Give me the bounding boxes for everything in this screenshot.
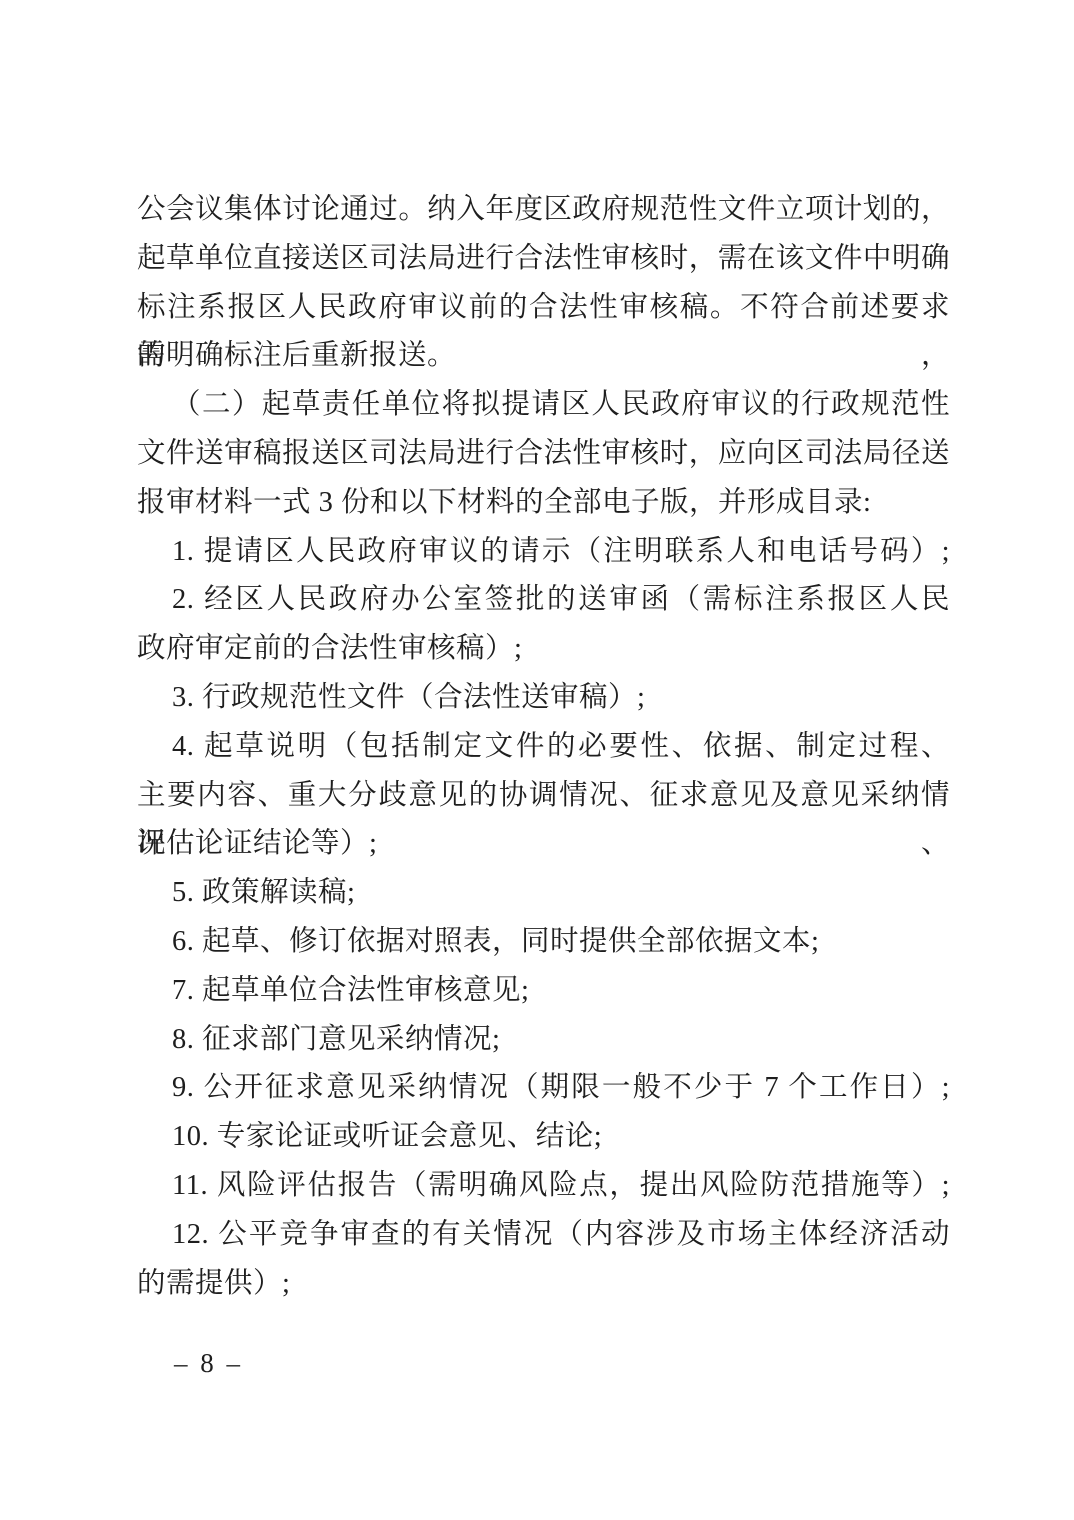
list-item-7: 7. 起草单位合法性审核意见; bbox=[137, 967, 950, 1016]
list-item-3: 3. 行政规范性文件（合法性送审稿）; bbox=[137, 674, 950, 723]
text-line: 文件送审稿报送区司法局进行合法性审核时，应向区司法局径送 bbox=[137, 430, 950, 479]
list-item-11: 11. 风险评估报告（需明确风险点，提出风险防范措施等）; bbox=[137, 1162, 950, 1211]
list-item-5: 5. 政策解读稿; bbox=[137, 869, 950, 918]
paragraph-start-line: （二）起草责任单位将拟提请区人民政府审议的行政规范性 bbox=[137, 381, 950, 430]
list-item-4: 4. 起草说明（包括制定文件的必要性、依据、制定过程、 bbox=[137, 723, 950, 772]
text-line: 公会议集体讨论通过。纳入年度区政府规范性文件立项计划的， bbox=[137, 186, 950, 235]
list-item-12-continuation: 的需提供）; bbox=[137, 1260, 950, 1309]
list-item-2-continuation: 政府审定前的合法性审核稿）; bbox=[137, 625, 950, 674]
list-item-8: 8. 征求部门意见采纳情况; bbox=[137, 1016, 950, 1065]
list-item-9: 9. 公开征求意见采纳情况（期限一般不少于 7 个工作日）; bbox=[137, 1064, 950, 1113]
list-item-4-continuation: 主要内容、重大分歧意见的协调情况、征求意见及意见采纳情况、 bbox=[137, 772, 950, 821]
document-text-block: 公会议集体讨论通过。纳入年度区政府规范性文件立项计划的， 起草单位直接送区司法局… bbox=[137, 186, 950, 1308]
text-line: 起草单位直接送区司法局进行合法性审核时，需在该文件中明确 bbox=[137, 235, 950, 284]
list-item-10: 10. 专家论证或听证会意见、结论; bbox=[137, 1113, 950, 1162]
text-line: 标注系报区人民政府审议前的合法性审核稿。不符合前述要求的， bbox=[137, 284, 950, 333]
list-item-1: 1. 提请区人民政府审议的请示（注明联系人和电话号码）; bbox=[137, 528, 950, 577]
page-number: – 8 – bbox=[174, 1348, 243, 1379]
list-item-2: 2. 经区人民政府办公室签批的送审函（需标注系报区人民 bbox=[137, 576, 950, 625]
text-line: 报审材料一式 3 份和以下材料的全部电子版，并形成目录: bbox=[137, 479, 950, 528]
list-item-6: 6. 起草、修订依据对照表，同时提供全部依据文本; bbox=[137, 918, 950, 967]
list-item-12: 12. 公平竞争审查的有关情况（内容涉及市场主体经济活动 bbox=[137, 1211, 950, 1260]
document-page: 公会议集体讨论通过。纳入年度区政府规范性文件立项计划的， 起草单位直接送区司法局… bbox=[0, 0, 1074, 1520]
